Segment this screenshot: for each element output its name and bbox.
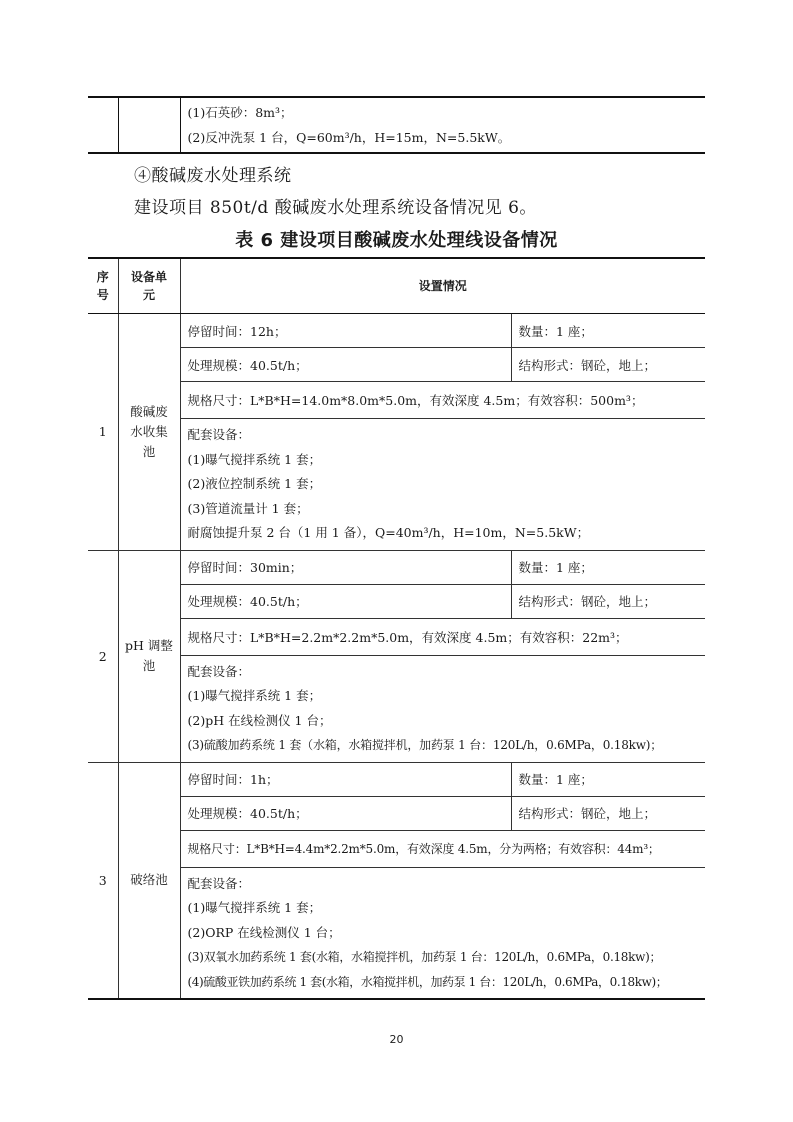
equipment-line: (2)pH 在线检测仪 1 台；	[188, 709, 706, 734]
header-no: 序号	[88, 258, 118, 314]
row-number: 3	[88, 762, 118, 999]
equipment-line: (1)曝气搅拌系统 1 套；	[188, 448, 706, 473]
table-row: 3 破络池 停留时间：1h； 数量：1 座；	[88, 762, 705, 796]
dimensions-cell: 规格尺寸：L*B*H=14.0m*8.0m*5.0m，有效深度 4.5m；有效容…	[180, 382, 705, 419]
structure-cell: 结构形式：钢砼，地上；	[511, 584, 705, 618]
table-row: 规格尺寸：L*B*H=4.4m*2.2m*5.0m，有效深度 4.5m，分为两格…	[88, 830, 705, 867]
equipment-line: (3)双氧水加药系统 1 套(水箱，水箱搅拌机，加药泵 1 台：120L/h，0…	[188, 945, 706, 970]
equipment-cell: 配套设备： (1)曝气搅拌系统 1 套； (2)pH 在线检测仪 1 台； (3…	[180, 655, 705, 762]
equipment-line: 配套设备：	[188, 423, 706, 448]
table-row: 2 pH 调整池 停留时间：30min； 数量：1 座；	[88, 550, 705, 584]
table-row: 配套设备： (1)曝气搅拌系统 1 套； (2)pH 在线检测仪 1 台； (3…	[88, 655, 705, 762]
continuation-line: (2)反冲洗泵 1 台，Q=60m³/h，H=15m，N=5.5kW。	[188, 125, 706, 150]
equipment-line: (4)硫酸亚铁加药系统 1 套(水箱，水箱搅拌机，加药泵 1 台：120L/h，…	[188, 970, 706, 995]
retention-cell: 停留时间：12h；	[180, 314, 511, 348]
structure-cell: 结构形式：钢砼，地上；	[511, 348, 705, 382]
table-header-row: 序号 设备单元 设置情况	[88, 258, 705, 314]
table-row: 处理规模：40.5t/h； 结构形式：钢砼，地上；	[88, 584, 705, 618]
header-unit: 设备单元	[118, 258, 180, 314]
retention-cell: 停留时间：30min；	[180, 550, 511, 584]
quantity-cell: 数量：1 座；	[511, 314, 705, 348]
header-settings: 设置情况	[180, 258, 705, 314]
dimensions-text: 规格尺寸：L*B*H=4.4m*2.2m*5.0m，有效深度 4.5m，分为两格…	[188, 842, 660, 856]
continuation-line: (1)石英砂：8m³；	[188, 100, 706, 125]
dimensions-text: 规格尺寸：L*B*H=2.2m*2.2m*5.0m，有效深度 4.5m；有效容积…	[188, 630, 628, 645]
table-row: 1 酸碱废水收集池 停留时间：12h； 数量：1 座；	[88, 314, 705, 348]
continuation-settings-cell: (1)石英砂：8m³； (2)反冲洗泵 1 台，Q=60m³/h，H=15m，N…	[180, 97, 705, 153]
equipment-table: 序号 设备单元 设置情况 1 酸碱废水收集池 停留时间：12h； 数量：1 座；…	[88, 257, 705, 1000]
table-caption: 表 6 建设项目酸碱废水处理线设备情况	[0, 226, 793, 252]
table-row: 处理规模：40.5t/h； 结构形式：钢砼，地上；	[88, 348, 705, 382]
equipment-line: 耐腐蚀提升泵 2 台（1 用 1 备），Q=40m³/h，H=10m，N=5.5…	[188, 521, 706, 546]
table-row: 配套设备： (1)曝气搅拌系统 1 套； (2)液位控制系统 1 套； (3)管…	[88, 419, 705, 551]
equipment-line: 配套设备：	[188, 872, 706, 897]
row-number: 2	[88, 550, 118, 762]
document-page: (1)石英砂：8m³； (2)反冲洗泵 1 台，Q=60m³/h，H=15m，N…	[0, 0, 793, 1122]
table-row: 规格尺寸：L*B*H=14.0m*8.0m*5.0m，有效深度 4.5m；有效容…	[88, 382, 705, 419]
continuation-table: (1)石英砂：8m³； (2)反冲洗泵 1 台，Q=60m³/h，H=15m，N…	[88, 96, 705, 154]
structure-cell: 结构形式：钢砼，地上；	[511, 796, 705, 830]
row-unit: 破络池	[118, 762, 180, 999]
dimensions-text: 规格尺寸：L*B*H=14.0m*8.0m*5.0m，有效深度 4.5m；有效容…	[188, 393, 644, 408]
equipment-line: (3)硫酸加药系统 1 套（水箱，水箱搅拌机，加药泵 1 台：120L/h，0.…	[188, 733, 706, 758]
row-unit: 酸碱废水收集池	[118, 314, 180, 551]
quantity-cell: 数量：1 座；	[511, 550, 705, 584]
table-row: 配套设备： (1)曝气搅拌系统 1 套； (2)ORP 在线检测仪 1 台； (…	[88, 867, 705, 999]
row-number: 1	[88, 314, 118, 551]
equipment-line: (1)曝气搅拌系统 1 套；	[188, 896, 706, 921]
equipment-cell: 配套设备： (1)曝气搅拌系统 1 套； (2)ORP 在线检测仪 1 台； (…	[180, 867, 705, 999]
equipment-line: (2)液位控制系统 1 套；	[188, 472, 706, 497]
section-heading: ④酸碱废水处理系统	[134, 161, 292, 186]
equipment-cell: 配套设备： (1)曝气搅拌系统 1 套； (2)液位控制系统 1 套； (3)管…	[180, 419, 705, 551]
row-unit: pH 调整池	[118, 550, 180, 762]
dimensions-cell: 规格尺寸：L*B*H=4.4m*2.2m*5.0m，有效深度 4.5m，分为两格…	[180, 830, 705, 867]
continuation-no-cell	[88, 97, 118, 153]
equipment-line: (2)ORP 在线检测仪 1 台；	[188, 921, 706, 946]
retention-cell: 停留时间：1h；	[180, 762, 511, 796]
continuation-unit-cell	[118, 97, 180, 153]
page-number: 20	[0, 1033, 793, 1046]
table-row: 处理规模：40.5t/h； 结构形式：钢砼，地上；	[88, 796, 705, 830]
dimensions-cell: 规格尺寸：L*B*H=2.2m*2.2m*5.0m，有效深度 4.5m；有效容积…	[180, 618, 705, 655]
quantity-cell: 数量：1 座；	[511, 762, 705, 796]
table-row: 规格尺寸：L*B*H=2.2m*2.2m*5.0m，有效深度 4.5m；有效容积…	[88, 618, 705, 655]
equipment-line: (3)管道流量计 1 套；	[188, 497, 706, 522]
equipment-line: 配套设备：	[188, 660, 706, 685]
capacity-cell: 处理规模：40.5t/h；	[180, 584, 511, 618]
capacity-cell: 处理规模：40.5t/h；	[180, 796, 511, 830]
equipment-line: (1)曝气搅拌系统 1 套；	[188, 684, 706, 709]
capacity-cell: 处理规模：40.5t/h；	[180, 348, 511, 382]
body-paragraph: 建设项目 850t/d 酸碱废水处理系统设备情况见 6。	[134, 193, 537, 218]
